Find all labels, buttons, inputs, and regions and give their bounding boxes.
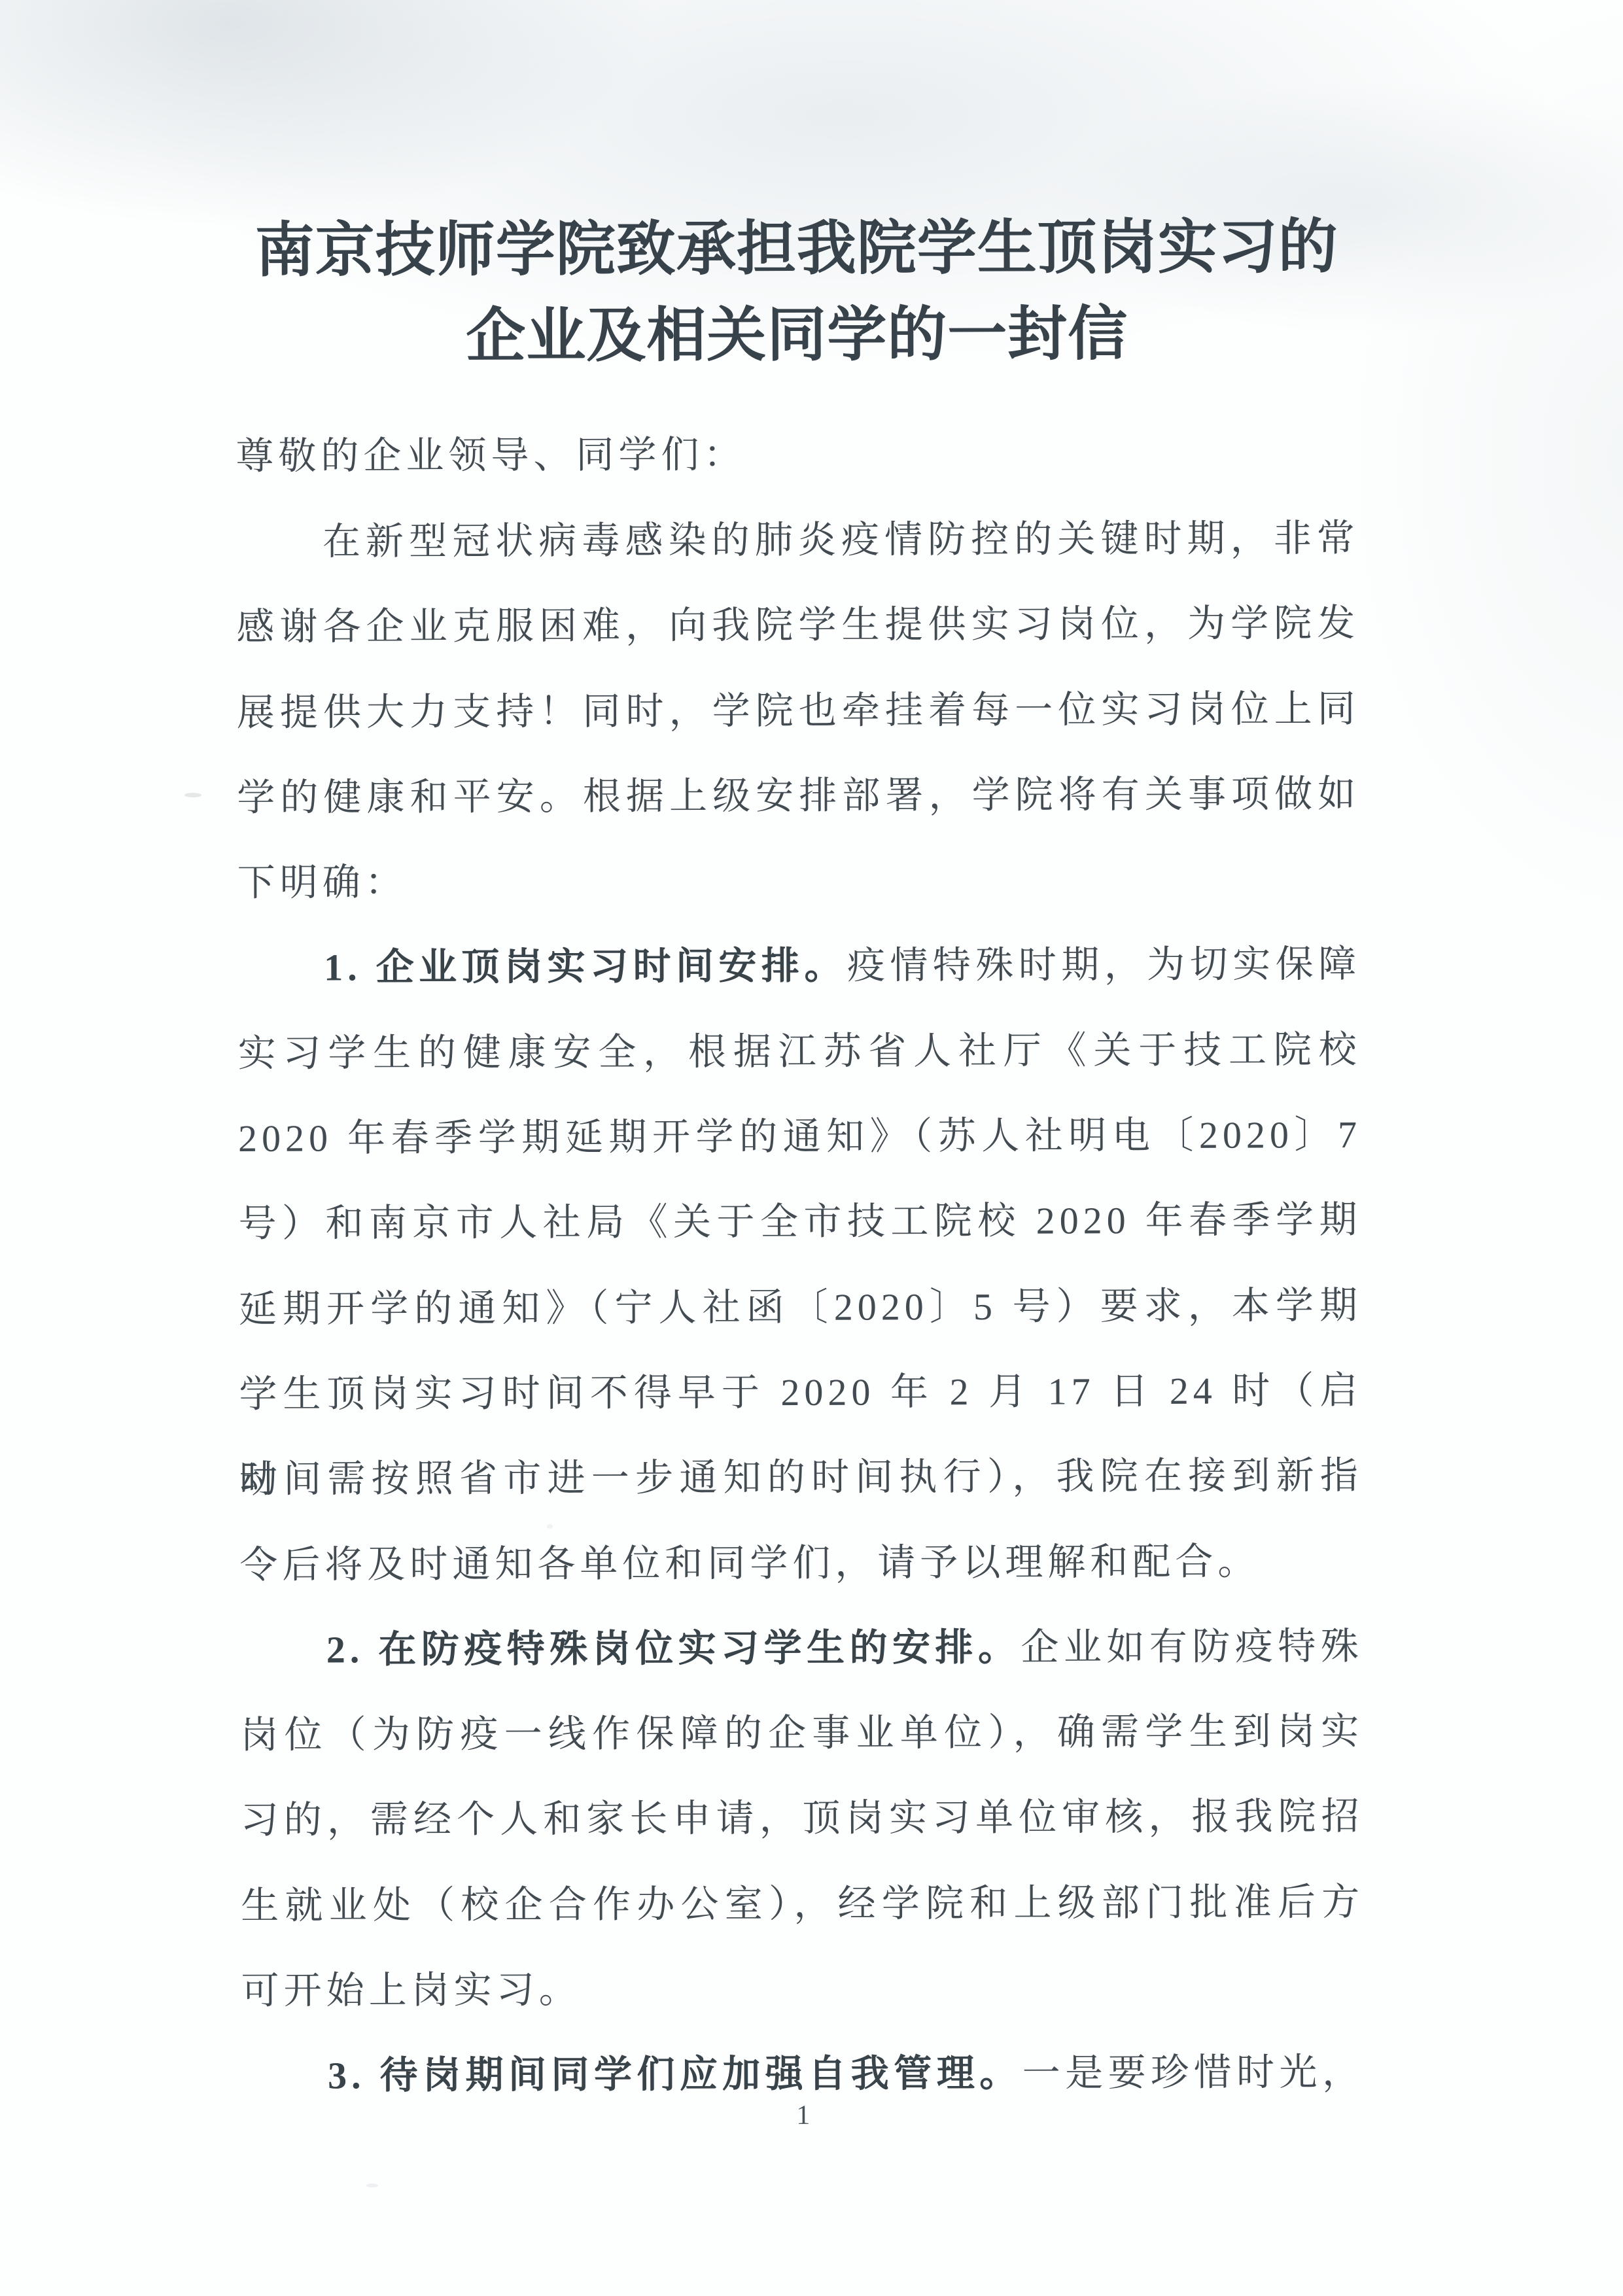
text-line: 感谢各企业克服困难，向我院学生提供实习岗位，为学院发 (236, 581, 1359, 670)
body-text: 岗位（为防疫一线作保障的企事业单位），确需学生到岗实 (240, 1710, 1363, 1756)
body-text: 展提供大力支持！同时，学院也牵挂着每一位实习岗位上同 (237, 687, 1360, 734)
scan-speck (184, 793, 201, 797)
salutation: 尊敬的企业领导、同学们： (236, 429, 1359, 480)
text-line: 岗位（为防疫一线作保障的企事业单位），确需学生到岗实 (240, 1689, 1363, 1778)
body-text: 在新型冠状病毒感染的肺炎疫情防控的关键时期，非常 (323, 517, 1359, 563)
text-line: 号）和南京市人社局《关于全市技工院校 2020 年春季学期 (238, 1177, 1361, 1266)
page-number: 1 (241, 2097, 1365, 2134)
text-line: 1. 企业顶岗实习时间安排。疫情特殊时期，为切实保障 (237, 922, 1361, 1011)
text-line: 学生顶岗实习时间不得早于 2020 年 2 月 17 日 24 时（启动 (239, 1348, 1362, 1437)
text-line: 生就业处（校企合作办公室），经学院和上级部门批准后方 (241, 1860, 1364, 1949)
body-text: 可开始上岗实习。 (241, 1968, 582, 2012)
body-text: 2020 年春季学期延期开学的通知》（苏人社明电〔2020〕7 (238, 1113, 1361, 1160)
body-text: 感谢各企业克服困难，向我院学生提供实习岗位，为学院发 (236, 602, 1359, 648)
text-line: 习的，需经个人和家长申请，顶岗实习单位审核，报我院招 (240, 1774, 1363, 1863)
body-text: 号）和南京市人社局《关于全市技工院校 2020 年春季学期 (238, 1198, 1361, 1245)
text-line: 实习学生的健康安全，根据江苏省人社厅《关于技工院校 (237, 1007, 1361, 1096)
text-line: 时间需按照省市进一步通知的时间执行），我院在接到新指 (239, 1433, 1363, 1522)
body-text: 一是要珍惜时光， (1022, 2051, 1365, 2095)
text-line: 可开始上岗实习。 (241, 1945, 1364, 2034)
body-text: 习的，需经个人和家长申请，顶岗实习单位审核，报我院招 (241, 1795, 1364, 1841)
body-text: 生就业处（校企合作办公室），经学院和上级部门批准后方 (241, 1881, 1364, 1927)
body-text: 实习学生的健康安全，根据江苏省人社厅《关于技工院校 (238, 1028, 1361, 1075)
text-line: 下明确： (237, 837, 1360, 926)
body-text: 下明确： (237, 861, 408, 904)
body-text: 疫情特殊时期，为切实保障 (847, 943, 1361, 987)
emphasis-text: 1. 企业顶岗实习时间安排。 (324, 945, 847, 989)
body-text: 学的健康和平安。根据上级安排部署，学院将有关事项做如 (237, 773, 1360, 819)
letter-page: 南京技师学院致承担我院学生顶岗实习的 企业及相关同学的一封信 尊敬的企业领导、同… (234, 0, 1365, 2296)
text-line: 展提供大力支持！同时，学院也牵挂着每一位实习岗位上同 (237, 667, 1360, 756)
text-line: 延期开学的通知》（宁人社函〔2020〕5 号）要求，本学期 (239, 1263, 1362, 1352)
text-line: 2. 在防疫特殊岗位实习学生的安排。企业如有防疫特殊 (240, 1604, 1363, 1693)
text-line: 学的健康和平安。根据上级安排部署，学院将有关事项做如 (237, 752, 1360, 841)
body-lines: 在新型冠状病毒感染的肺炎疫情防控的关键时期，非常感谢各企业克服困难，向我院学生提… (236, 496, 1365, 2119)
body-text: 企业如有防疫特殊 (1021, 1625, 1363, 1669)
text-line: 令后将及时通知各单位和同学们，请予以理解和配合。 (239, 1519, 1363, 1608)
letter-title-line-1: 南京技师学院致承担我院学生顶岗实习的 (235, 204, 1358, 294)
body-text: 时间需按照省市进一步通知的时间执行），我院在接到新指 (239, 1454, 1363, 1501)
text-line: 2020 年春季学期延期开学的通知》（苏人社明电〔2020〕7 (238, 1092, 1361, 1181)
text-line: 在新型冠状病毒感染的肺炎疫情防控的关键时期，非常 (236, 496, 1359, 585)
body-text: 延期开学的通知》（宁人社函〔2020〕5 号）要求，本学期 (239, 1284, 1362, 1331)
emphasis-text: 3. 待岗期间同学们应加强自我管理。 (328, 2052, 1022, 2097)
body-text: 令后将及时通知各单位和同学们，请予以理解和配合。 (239, 1540, 1260, 1586)
letter-title-line-2: 企业及相关同学的一封信 (236, 290, 1359, 381)
emphasis-text: 2. 在防疫特殊岗位实习学生的安排。 (326, 1626, 1021, 1671)
letter-title: 南京技师学院致承担我院学生顶岗实习的 企业及相关同学的一封信 (235, 204, 1359, 381)
